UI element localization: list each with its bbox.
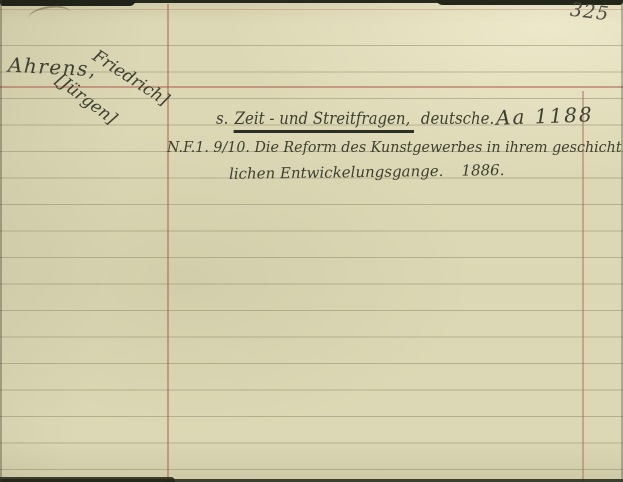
scan-edge-left bbox=[0, 0, 2, 482]
red-horizontal-line-top bbox=[0, 9, 623, 10]
author-surname: Ahrens, bbox=[7, 54, 97, 81]
see-abbreviation: s. bbox=[216, 109, 228, 129]
entry-title-line-2: lichen Entwickelungsgange.1886. bbox=[229, 162, 505, 182]
series-title-qualifier: deutsche. bbox=[421, 109, 494, 129]
entry-reference-line: s.Zeit - und Streitfragen,deutsche. bbox=[216, 110, 494, 129]
red-horizontal-header-line bbox=[0, 86, 623, 88]
scan-edge-top-left bbox=[0, 0, 135, 6]
page-number: 325 bbox=[569, 0, 611, 25]
shelfmark: Aa 1188 bbox=[496, 103, 594, 128]
scan-edge-bottom-left bbox=[0, 477, 175, 482]
entry-title-line-1: N.F.1. 9/10. Die Reform des Kunstgewerbe… bbox=[167, 139, 623, 156]
publication-year: 1886. bbox=[461, 161, 504, 180]
scratch-mark bbox=[28, 5, 71, 19]
red-vertical-margin-line-left bbox=[167, 4, 169, 482]
catalog-card: 325 Ahrens, [Jürgen] Friedrich] s.Zeit -… bbox=[0, 0, 623, 482]
entry-title-continuation: lichen Entwickelungsgange. bbox=[229, 162, 444, 183]
series-title-underlined: Zeit - und Streitfragen, bbox=[234, 109, 414, 133]
